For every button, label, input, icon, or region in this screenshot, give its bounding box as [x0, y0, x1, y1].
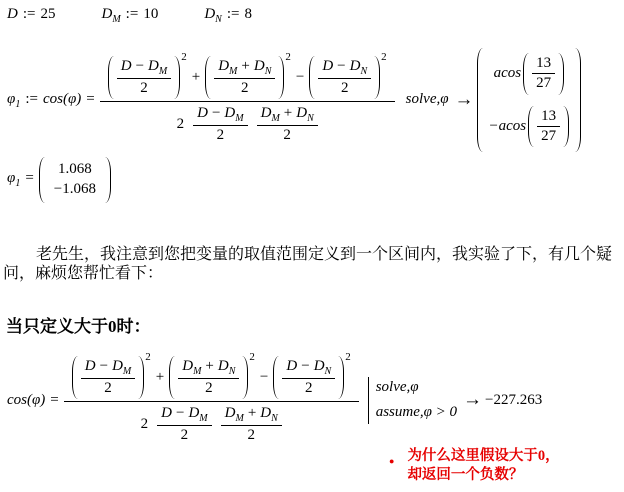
subscript-m: M [193, 366, 201, 377]
squared-term-3: D−DN2 2 [309, 56, 386, 99]
denominator: 2 [178, 379, 239, 397]
assume-keyword: assume,φ > 0 [376, 404, 457, 421]
minus-operator: − [176, 405, 184, 421]
fraction: D−DN2 [282, 358, 335, 397]
denominator: 2 [221, 426, 282, 444]
paren-content: D−DM2 [114, 56, 175, 99]
right-paren [338, 356, 344, 399]
arrow-icon: → [455, 89, 474, 111]
fraction: DM+DN2 [221, 405, 282, 444]
var-d: D [112, 358, 123, 374]
subscript-n: N [229, 366, 236, 377]
subscript-m: M [235, 113, 243, 124]
subscript-m: M [235, 413, 243, 424]
numerator: 13 [532, 55, 555, 74]
vector-content: acos 1327 −acos 1327 [483, 48, 576, 152]
var-d: D [350, 58, 361, 74]
section-heading[interactable]: 当只定义大于0时： [6, 312, 151, 337]
vector-content: 1.068 −1.068 [45, 157, 105, 203]
fraction: D−DM2 [81, 358, 136, 397]
plus-operator: + [192, 69, 200, 86]
right-paren [563, 106, 569, 148]
paren-content: D−DM2 [78, 356, 139, 399]
denominator: 2 [318, 79, 371, 97]
equals-operator: = [86, 91, 94, 107]
var-d: D [286, 358, 297, 374]
fraction: DM+DN2 [214, 58, 275, 97]
right-paren [105, 157, 111, 203]
fraction-numerator: D−DM2 2 + DM+DN2 2 − D−DN2 2 [64, 356, 359, 402]
assign-operator: := [126, 6, 139, 22]
fraction-numerator: D−DM2 2 + DM+DN2 2 − D−DN2 [100, 56, 395, 102]
red-annotation-note[interactable]: ● 为什么这里假设大于0， 却返回一个负数？ [389, 447, 560, 485]
plus-operator: + [284, 105, 292, 121]
squared-term-1: D−DM2 2 [108, 56, 187, 99]
subscript-m: M [229, 66, 237, 77]
fraction-denominator: 2 D−DM2 DM+DN2 [64, 402, 359, 444]
vector-row-2: −acos 1327 [489, 106, 570, 148]
var-d: D [296, 105, 307, 121]
right-paren [278, 56, 284, 99]
subscript-n: N [265, 66, 272, 77]
result-vector: acos 1327 −acos 1327 [477, 48, 582, 152]
var-d: D [161, 405, 172, 421]
exponent: 2 [145, 351, 151, 364]
var-d: D [322, 58, 333, 74]
solve-keyword: solve,φ [376, 379, 457, 396]
var-d: D [224, 105, 235, 121]
right-paren [558, 53, 564, 95]
var-d: D [314, 358, 325, 374]
comment-paragraph[interactable]: 老先生，我注意到您把变量的取值范围定义到一个区间内，我实验了下，有几个疑问，麻烦… [3, 245, 623, 283]
note-line-1: 为什么这里假设大于0， [407, 448, 559, 464]
subscript-m: M [199, 413, 207, 424]
subscript-n: N [325, 366, 332, 377]
exponent: 2 [345, 351, 351, 364]
subscript-n: N [360, 66, 367, 77]
var-d: D [261, 105, 272, 121]
phi-subscript: 1 [15, 99, 20, 110]
paren-group: DM+DN2 [205, 56, 284, 99]
coefficient-2: 2 [141, 416, 149, 433]
equals-operator: = [25, 170, 33, 186]
subscript-n: N [307, 113, 314, 124]
solve-assume-block: solve,φ assume,φ > 0 [368, 377, 457, 424]
paren-content: 1327 [534, 106, 563, 148]
paren-group: D−DN2 [309, 56, 380, 99]
denominator: 27 [537, 127, 560, 145]
right-paren [242, 356, 248, 399]
denominator: 2 [282, 379, 335, 397]
paren-group: 1327 [523, 53, 564, 95]
phi-subscript: 1 [15, 178, 20, 189]
minus-operator: − [296, 69, 304, 86]
paren-content: 1327 [529, 53, 558, 95]
denominator: 2 [257, 126, 318, 144]
bullet-icon: ● [389, 452, 394, 485]
var-d: D [182, 358, 193, 374]
minus-operator: − [212, 105, 220, 121]
acos-function: acos [494, 65, 522, 82]
paren-content: D−DN2 [315, 56, 374, 99]
paren-content: DM+DN2 [175, 356, 242, 399]
numerator: 13 [537, 108, 560, 127]
arrow-icon: → [463, 389, 482, 411]
minus-operator: − [136, 58, 144, 74]
plus-operator: + [156, 369, 164, 386]
right-paren [374, 56, 380, 99]
paren-group: D−DM2 [108, 56, 181, 99]
var-d: D [204, 6, 215, 22]
assign-operator: := [25, 91, 38, 107]
value-dm: 10 [143, 6, 158, 22]
equation-phi1-result[interactable]: φ1= 1.068 −1.068 [7, 157, 111, 203]
denominator: 27 [532, 74, 555, 92]
fraction: DM+DN2 [178, 358, 239, 397]
squared-term-2: DM+DN2 2 [169, 356, 255, 399]
denominator: 2 [193, 126, 248, 144]
assign-operator: := [23, 6, 36, 22]
neg-acos-function: −acos [489, 118, 527, 135]
var-d: D [188, 405, 199, 421]
squared-term-3: D−DN2 2 [273, 356, 350, 399]
var-d: D [121, 58, 132, 74]
subscript-n: N [215, 14, 222, 25]
var-d: D [218, 358, 229, 374]
paren-group: 1327 [528, 106, 569, 148]
vector-row-1: acos 1327 [494, 53, 565, 95]
paren-content: D−DN2 [279, 356, 338, 399]
subscript-m: M [123, 366, 131, 377]
main-fraction: D−DM2 2 + DM+DN2 2 − D−DN2 [100, 56, 395, 145]
plus-operator: + [205, 358, 213, 374]
var-d: D [225, 405, 236, 421]
var-d: D [254, 58, 265, 74]
squared-term-1: D−DM2 2 [72, 356, 151, 399]
var-d: D [218, 58, 229, 74]
exponent: 2 [381, 51, 387, 64]
result-value: −227.263 [485, 392, 542, 409]
definitions-row[interactable]: D:=25 DM:=10 DN:=8 [7, 6, 252, 25]
main-fraction: D−DM2 2 + DM+DN2 2 − D−DN2 2 [64, 356, 359, 445]
var-d: D [197, 105, 208, 121]
paren-group: DM+DN2 [169, 356, 248, 399]
vector-value-1: 1.068 [58, 161, 92, 178]
var-d: D [260, 405, 271, 421]
fraction-denominator: 2 D−DM2 DM+DN2 [100, 102, 395, 144]
subscript-m: M [159, 66, 167, 77]
denominator: 2 [157, 426, 212, 444]
subscript-n: N [271, 413, 278, 424]
exponent: 2 [181, 51, 187, 64]
definition-d[interactable]: D:=25 [7, 6, 55, 25]
paren-content: DM+DN2 [211, 56, 278, 99]
eq1-lhs: φ1:=cos(φ)= [7, 91, 100, 110]
fraction: 1327 [537, 108, 560, 146]
fraction: 1327 [532, 55, 555, 93]
equation-phi1-solve[interactable]: φ1:=cos(φ)= D−DM2 2 + DM+DN2 2 [7, 48, 581, 152]
coefficient-2: 2 [177, 116, 185, 133]
note-text: 为什么这里假设大于0， 却返回一个负数？ [407, 447, 559, 485]
plus-operator: + [248, 405, 256, 421]
equation-cos-assume[interactable]: cos(φ)= D−DM2 2 + DM+DN2 2 − [7, 356, 542, 445]
var-d: D [101, 6, 112, 22]
subscript-m: M [271, 113, 279, 124]
vector-value-2: −1.068 [54, 181, 96, 198]
equals-operator: = [50, 392, 58, 408]
paren-group: D−DN2 [273, 356, 344, 399]
exponent: 2 [285, 51, 291, 64]
minus-operator: − [100, 358, 108, 374]
definition-dm[interactable]: DM:=10 [101, 6, 158, 25]
minus-operator: − [301, 358, 309, 374]
minus-operator: − [260, 369, 268, 386]
plus-operator: + [241, 58, 249, 74]
var-d: D [148, 58, 159, 74]
definition-dn[interactable]: DN:=8 [204, 6, 252, 25]
denominator: 2 [117, 79, 172, 97]
paren-group: D−DM2 [72, 356, 145, 399]
cos-phi: cos(φ) [43, 91, 81, 107]
denominator: 2 [81, 379, 136, 397]
assign-operator: := [227, 6, 240, 22]
squared-term-2: DM+DN2 2 [205, 56, 291, 99]
note-line-2: 却返回一个负数？ [407, 467, 523, 483]
fraction: D−DM2 [193, 105, 248, 144]
minus-operator: − [337, 58, 345, 74]
eq2-lhs: φ1= [7, 170, 39, 189]
fraction: D−DM2 [157, 405, 212, 444]
eq3-lhs: cos(φ)= [7, 392, 64, 409]
fraction: D−DN2 [318, 58, 371, 97]
fraction: D−DM2 [117, 58, 172, 97]
value-dn: 8 [244, 6, 252, 22]
right-paren [174, 56, 180, 99]
denominator: 2 [214, 79, 275, 97]
value-vector: 1.068 −1.068 [39, 157, 111, 203]
subscript-m: M [112, 14, 120, 25]
right-paren [138, 356, 144, 399]
var-d: D [7, 6, 18, 22]
mathcad-worksheet: D:=25 DM:=10 DN:=8 φ1:=cos(φ)= D−DM2 2 + [0, 0, 624, 492]
solve-keyword: solve,φ [406, 91, 449, 108]
var-d: D [85, 358, 96, 374]
exponent: 2 [249, 351, 255, 364]
value-d: 25 [40, 6, 55, 22]
fraction: DM+DN2 [257, 105, 318, 144]
cos-phi: cos(φ) [7, 392, 45, 408]
right-paren [575, 48, 581, 152]
